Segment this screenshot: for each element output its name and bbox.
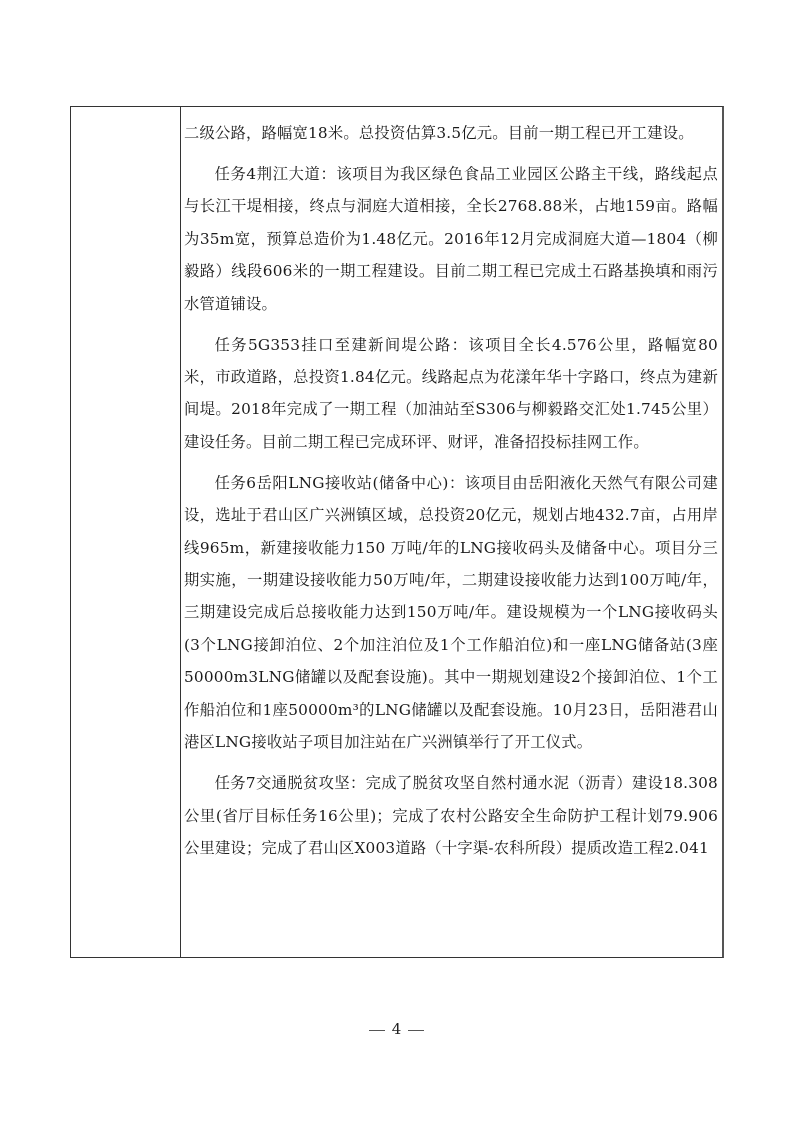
paragraph-task3-continued: 二级公路，路幅宽18米。总投资估算3.5亿元。目前一期工程已开工建设。 [184, 117, 718, 149]
paragraph-task5: 任务5G353挂口至建新间堤公路：该项目全长4.576公里，路幅宽80米，市政道… [184, 329, 718, 459]
table-right-column: 二级公路，路幅宽18米。总投资估算3.5亿元。目前一期工程已开工建设。 任务4荆… [181, 107, 722, 957]
page-number-value: 4 [392, 1020, 402, 1038]
table-left-column [71, 107, 181, 957]
page-number: 4 [0, 1020, 793, 1038]
paragraph-task7: 任务7交通脱贫攻坚：完成了脱贫攻坚自然村通水泥（沥青）建设18.308公里(省厅… [184, 767, 718, 864]
paragraph-task6: 任务6岳阳LNG接收站(储备中心)：该项目由岳阳液化天然气有限公司建设，选址于君… [184, 467, 718, 759]
content-table: 二级公路，路幅宽18米。总投资估算3.5亿元。目前一期工程已开工建设。 任务4荆… [70, 106, 724, 958]
dash-right [408, 1030, 424, 1031]
dash-left [369, 1030, 385, 1031]
paragraph-task4: 任务4荆江大道：该项目为我区绿色食品工业园区公路主干线，路线起点与长江干堤相接，… [184, 158, 718, 320]
